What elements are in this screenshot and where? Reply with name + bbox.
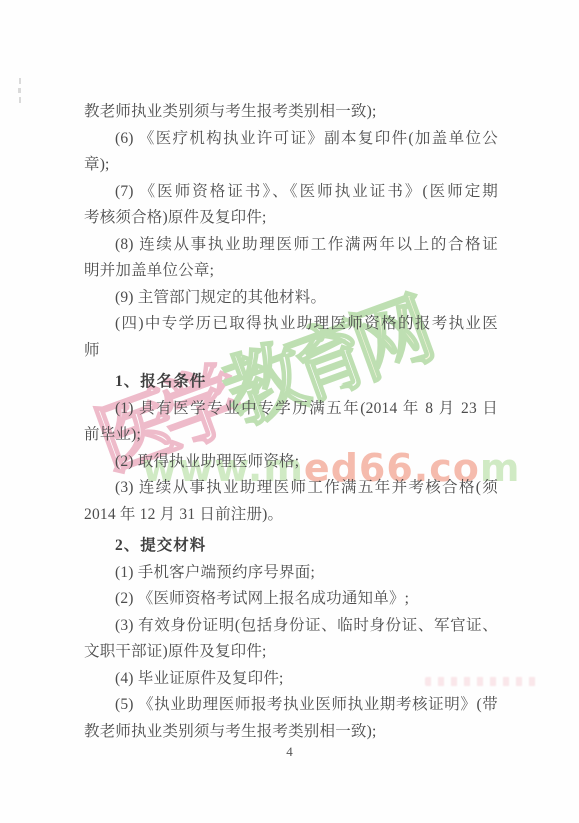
text-line: (5) 《执业助理医师报考执业医师执业期考核证明》(带 <box>84 692 498 719</box>
scan-artifact <box>19 97 21 103</box>
text-line: 章); <box>84 152 498 179</box>
text-line: (1) 具有医学专业中专学历满五年(2014 年 8 月 23 日 <box>84 396 498 423</box>
scan-artifact <box>19 78 21 84</box>
text-line: (4) 毕业证原件及复印件; <box>84 666 498 693</box>
page-number: 4 <box>0 744 579 760</box>
text-line: 2014 年 12 月 31 日前注册)。 <box>84 502 498 529</box>
text-line: 考核须合格)原件及复印件; <box>84 205 498 232</box>
text-line: (2) 《医师资格考试网上报名成功通知单》; <box>84 586 498 613</box>
scanned-document-page: 医学教育网 www.med66.com 教老师执业类别须与考生报考类别相一致);… <box>0 0 579 823</box>
text-line: (8) 连续从事执业助理医师工作满两年以上的合格证 <box>84 232 498 259</box>
text-line: (3) 连续从事执业助理医师工作满五年并考核合格(须 <box>84 475 498 502</box>
text-line: 教老师执业类别须与考生报考类别相一致); <box>84 719 498 746</box>
text-line: 2、提交材料 <box>84 533 498 560</box>
text-line: (四)中专学历已取得执业助理医师资格的报考执业医 <box>84 311 498 338</box>
text-line: 教老师执业类别须与考生报考类别相一致); <box>84 99 498 126</box>
text-line: 前毕业); <box>84 422 498 449</box>
text-line: 文职干部证)原件及复印件; <box>84 639 498 666</box>
document-body: 教老师执业类别须与考生报考类别相一致);(6) 《医疗机构执业许可证》副本复印件… <box>84 99 498 745</box>
text-line: (1) 手机客户端预约序号界面; <box>84 560 498 587</box>
text-line: (2) 取得执业助理医师资格; <box>84 449 498 476</box>
text-line: (3) 有效身份证明(包括身份证、临时身份证、军官证、 <box>84 613 498 640</box>
scan-artifact <box>18 88 21 93</box>
text-line: 师 <box>84 338 498 365</box>
text-line: 1、报名条件 <box>84 369 498 396</box>
text-line: 明并加盖单位公章; <box>84 258 498 285</box>
text-line: (9) 主管部门规定的其他材料。 <box>84 285 498 312</box>
text-line: (7) 《医师资格证书》、《医师执业证书》(医师定期 <box>84 179 498 206</box>
text-line: (6) 《医疗机构执业许可证》副本复印件(加盖单位公 <box>84 126 498 153</box>
